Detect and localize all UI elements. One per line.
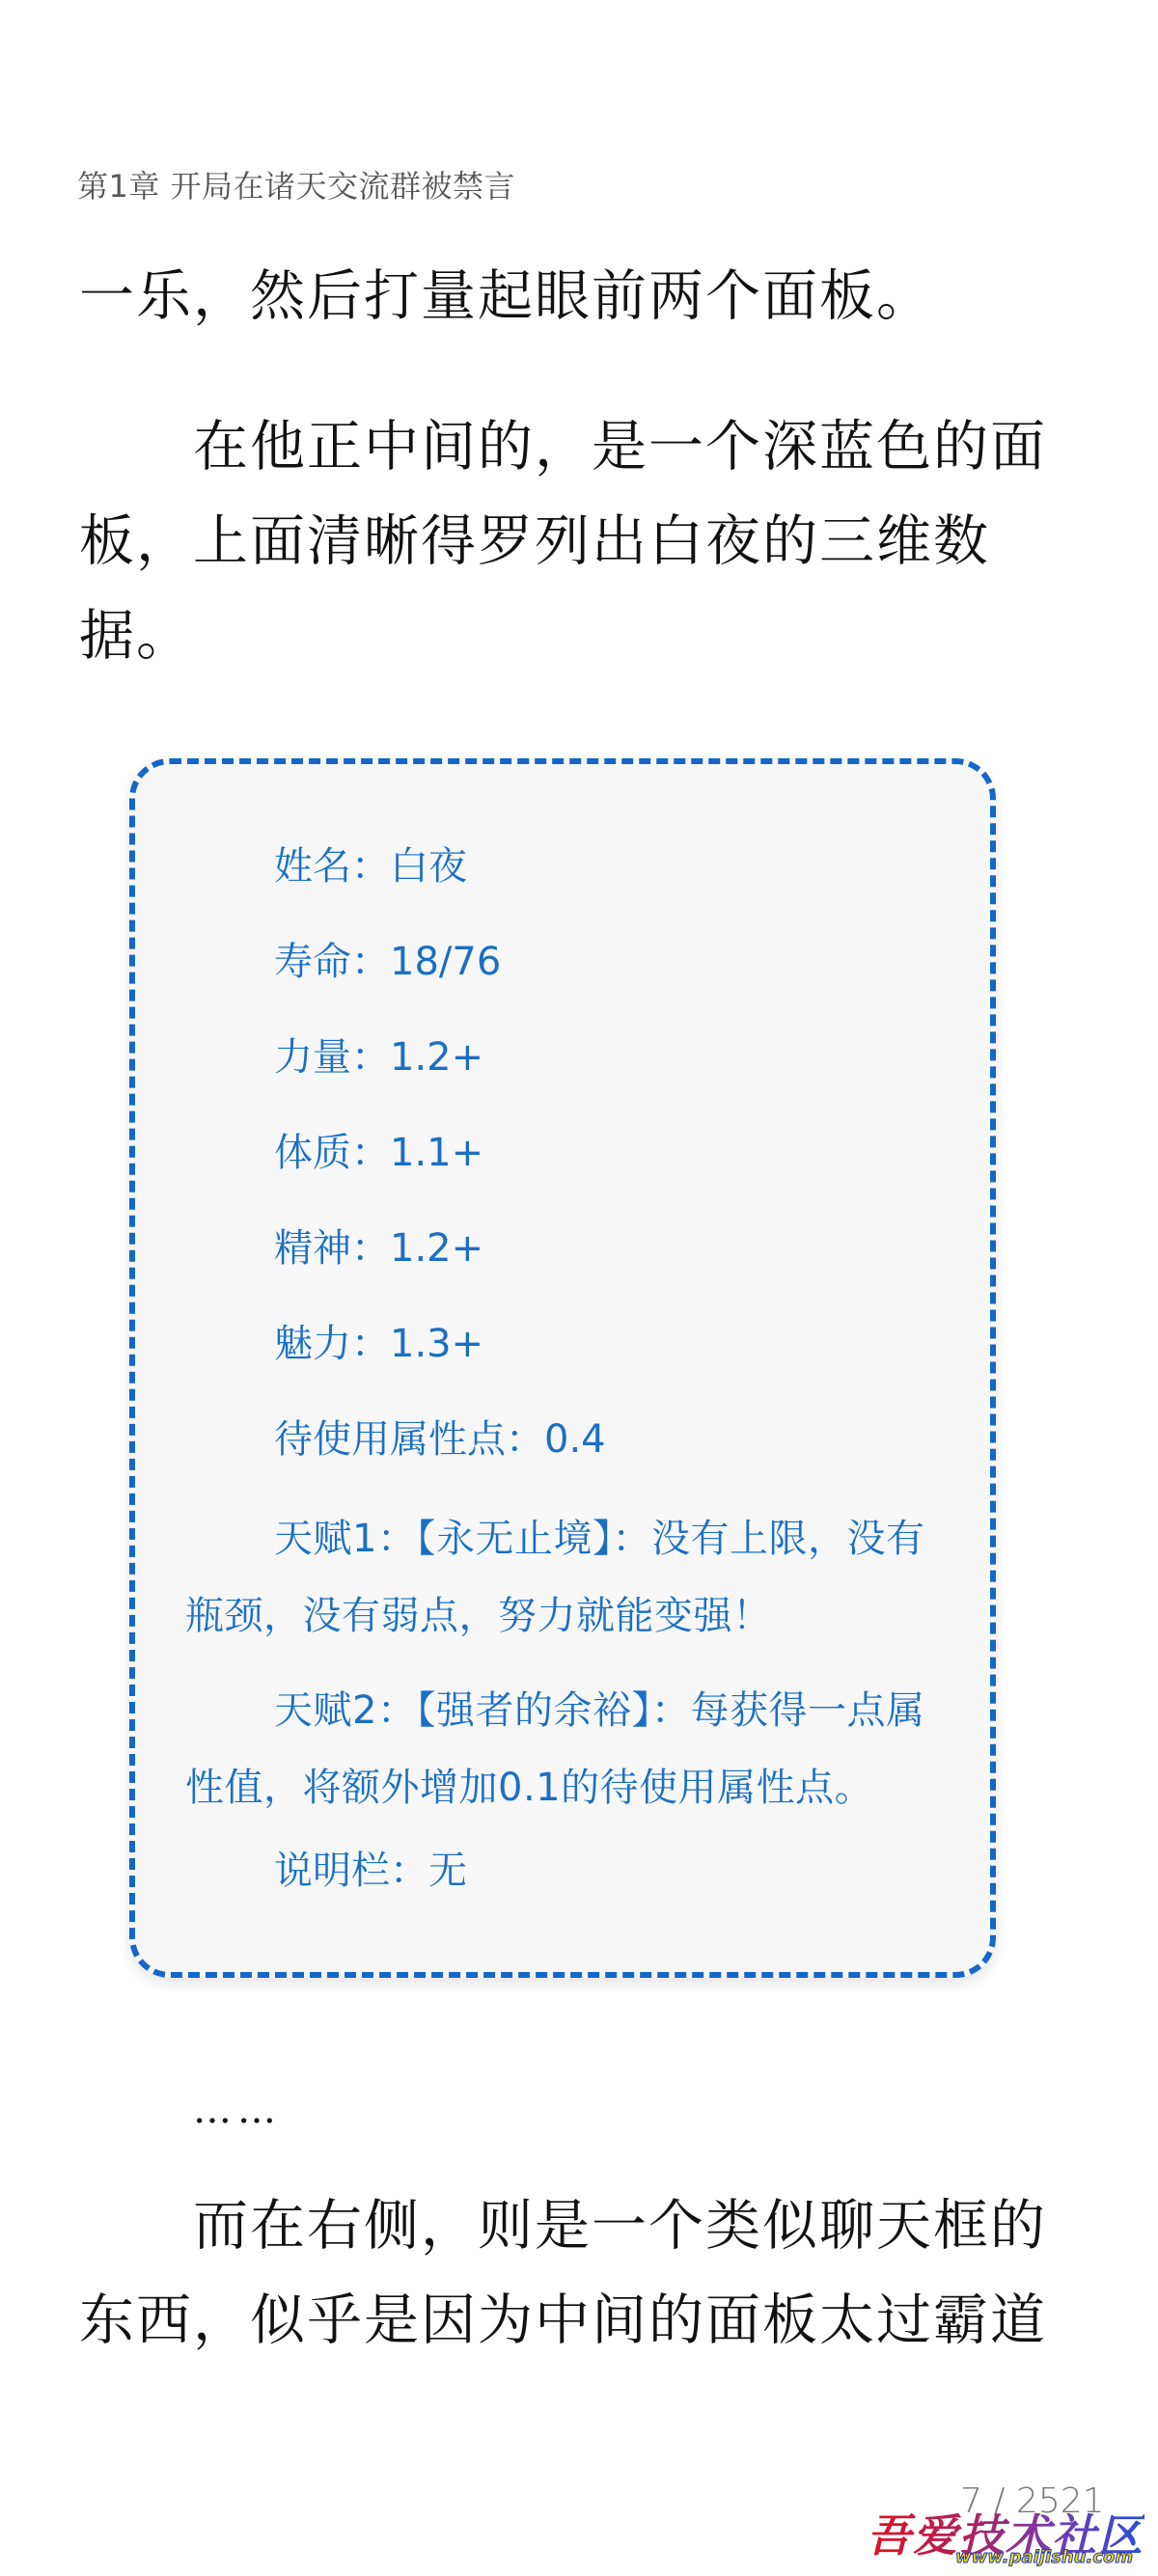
status-panel-body: 姓名：白夜 寿命：18/76 力量：1.2+ 体质：1.1+ 精神：1.2+ 魅…: [185, 832, 957, 1932]
watermark-logo: 吾爱技术社区 www.paijishu.com: [867, 2501, 1156, 2568]
chapter-title: 第1章 开局在诸天交流群被禁言: [77, 162, 515, 206]
panel-line-spirit: 精神：1.2+: [185, 1214, 957, 1309]
paragraph: 一乐，然后打量起眼前两个面板。: [79, 249, 1083, 343]
panel-talent-1: 天赋1：【永无止境】：没有上限，没有瓶颈，没有弱点，努力就能变强！: [185, 1500, 957, 1655]
panel-line-note: 说明栏：无: [185, 1836, 957, 1932]
panel-line-charm: 魅力：1.3+: [185, 1309, 957, 1405]
watermark-url: www.paijishu.com: [955, 2547, 1133, 2567]
ellipsis-separator: ……: [193, 2063, 1158, 2157]
panel-line-strength: 力量：1.2+: [185, 1023, 957, 1118]
panel-line-constitution: 体质：1.1+: [185, 1118, 957, 1214]
panel-line-lifespan: 寿命：18/76: [185, 927, 957, 1023]
status-panel: 姓名：白夜 寿命：18/76 力量：1.2+ 体质：1.1+ 精神：1.2+ 魅…: [129, 758, 996, 1978]
paragraph: 而在右侧，则是一个类似聊天框的东西，似乎是因为中间的面板太过霸道: [79, 2179, 1083, 2368]
paragraph: 在他正中间的，是一个深蓝色的面板，上面清晰得罗列出白夜的三维数据。: [79, 399, 1083, 683]
panel-line-name: 姓名：白夜: [185, 832, 957, 927]
panel-line-unused-points: 待使用属性点：0.4: [185, 1405, 957, 1500]
panel-talent-2: 天赋2：【强者的余裕】：每获得一点属性值，将额外增加0.1的待使用属性点。: [185, 1672, 957, 1826]
